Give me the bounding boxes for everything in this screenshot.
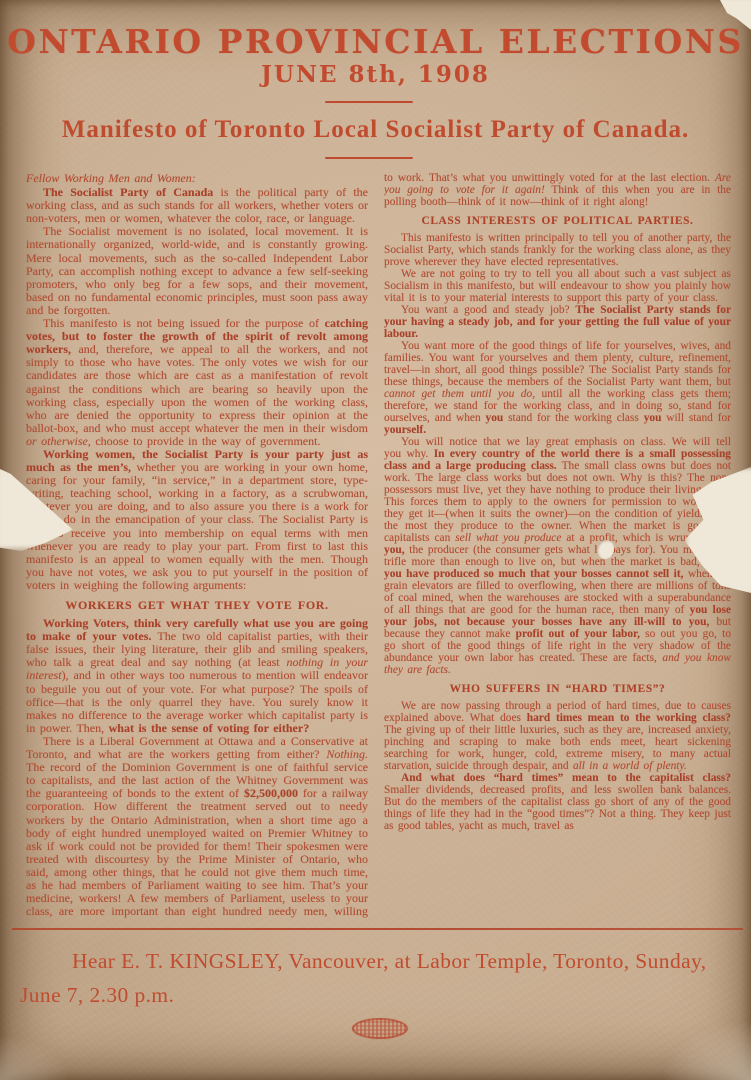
election-date: JUNE 8th, 1908 — [0, 61, 751, 88]
paragraph: You want a good and steady job? The Soci… — [384, 304, 731, 340]
left-column: Fellow Working Men and Women:The Sociali… — [26, 172, 368, 918]
paragraph: You want more of the good things of life… — [384, 340, 731, 436]
manifesto-heading: Manifesto of Toronto Local Socialist Par… — [0, 116, 751, 144]
manifesto-poster: ONTARIO PROVINCIAL ELECTIONS JUNE 8th, 1… — [0, 0, 751, 1080]
divider-rule-bottom — [324, 157, 412, 159]
divider-rule-top — [324, 101, 412, 103]
paper-wear-bottom-left — [0, 1034, 70, 1080]
paragraph: Working Voters, think very carefully wha… — [26, 617, 368, 735]
paragraph: The Socialist movement is no isolated, l… — [26, 225, 368, 317]
right-column: to work. That’s what you unwittingly vot… — [384, 172, 731, 918]
paragraph: to work. That’s what you unwittingly vot… — [384, 172, 731, 208]
paper-wear-bottom-right — [661, 1020, 751, 1080]
paragraph: We are not going to try to tell you all … — [384, 268, 731, 304]
page-title: ONTARIO PROVINCIAL ELECTIONS — [0, 22, 751, 61]
paragraph: This manifesto is written principally to… — [384, 232, 731, 268]
paragraph: And what does “hard times” mean to the c… — [384, 772, 731, 832]
footer-rule — [12, 928, 743, 930]
paragraph: This manifesto is not being issued for t… — [26, 317, 368, 448]
section-heading: WHO SUFFERS IN “HARD TIMES”? — [384, 683, 731, 695]
section-heading: WORKERS GET WHAT THEY VOTE FOR. — [26, 599, 368, 612]
paragraph: We are now passing through a period of h… — [384, 700, 731, 772]
event-notice: Hear E. T. KINGSLEY, Vancouver, at Labor… — [20, 944, 734, 1012]
salutation: Fellow Working Men and Women: — [26, 172, 368, 185]
printers-union-stamp-icon — [352, 1018, 408, 1039]
section-heading: CLASS INTERESTS OF POLITICAL PARTIES. — [384, 215, 731, 227]
paragraph: There is a Liberal Government at Ottawa … — [26, 735, 368, 918]
paragraph: You will notice that we lay great emphas… — [384, 436, 731, 676]
paragraph: Working women, the Socialist Party is yo… — [26, 448, 368, 592]
paragraph: The Socialist Party of Canada is the pol… — [26, 186, 368, 225]
